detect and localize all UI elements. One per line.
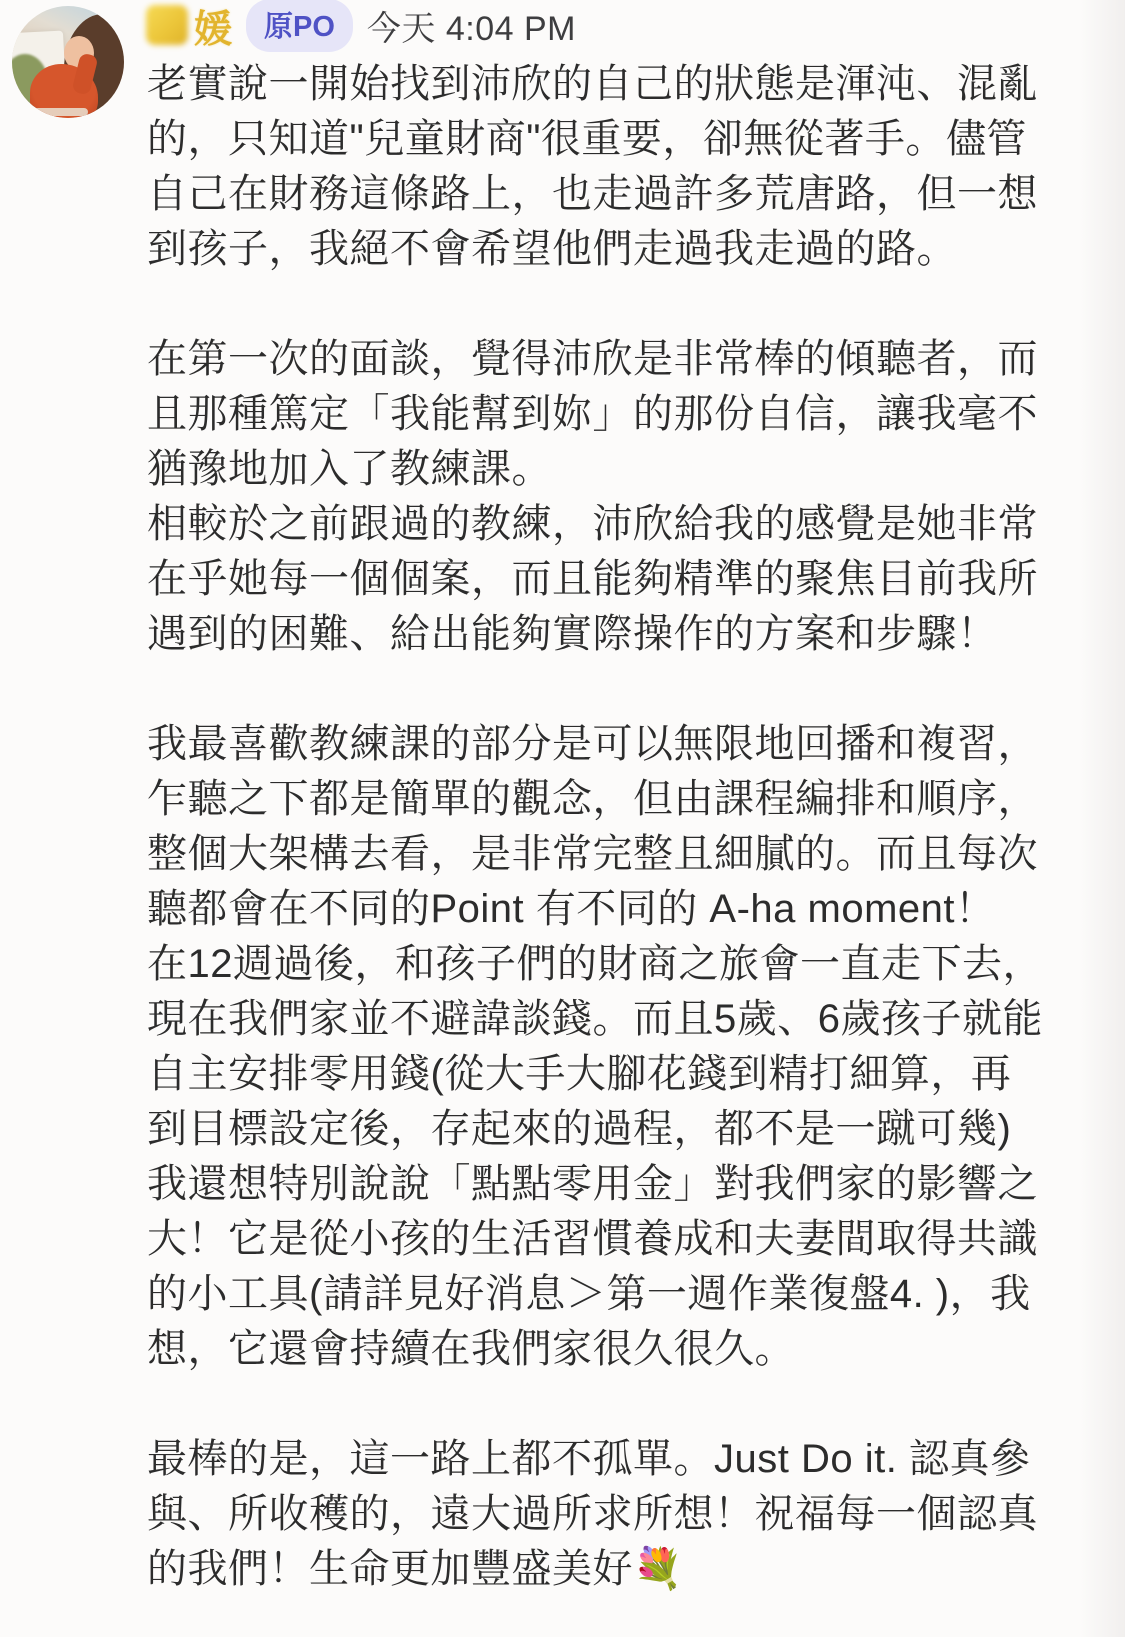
post-text-line: 在12週過後，和孩子們的財商之旅會一直走下去， bbox=[147, 937, 1077, 992]
user-avatar[interactable] bbox=[12, 6, 124, 118]
post-text-line: 想，它還會持續在我們家很久很久。 bbox=[147, 1322, 1077, 1377]
post-text-line bbox=[147, 277, 1077, 332]
post-text-line: 大！它是從小孩的生活習慣養成和夫妻間取得共識 bbox=[147, 1212, 1077, 1267]
original-poster-badge: 原PO bbox=[246, 0, 353, 52]
post-body-text: 老實說一開始找到沛欣的自己的狀態是渾沌、混亂的，只知道"兒童財商"很重要，卻無從… bbox=[147, 57, 1077, 1597]
post-text-line bbox=[147, 662, 1077, 717]
post-text-line: 在第一次的面談，覺得沛欣是非常棒的傾聽者，而 bbox=[147, 332, 1077, 387]
post-text-line: 聽都會在不同的Point 有不同的 A-ha moment！ bbox=[147, 882, 1077, 937]
post-text-line: 且那種篤定「我能幫到妳」的那份自信，讓我毫不 bbox=[147, 387, 1077, 442]
post-text-line bbox=[147, 1377, 1077, 1432]
post-text-line: 整個大架構去看，是非常完整且細膩的。而且每次 bbox=[147, 827, 1077, 882]
username[interactable]: 媛 bbox=[194, 0, 232, 53]
post-text-line: 自己在財務這條路上，也走過許多荒唐路，但一想 bbox=[147, 167, 1077, 222]
censored-emoji-icon bbox=[146, 5, 188, 45]
post-text-line: 最棒的是，這一路上都不孤單。Just Do it. 認真參 bbox=[147, 1432, 1077, 1487]
post-text-line: 自主安排零用錢(從大手大腳花錢到精打細算，再 bbox=[147, 1047, 1077, 1102]
post-text-line: 乍聽之下都是簡單的觀念，但由課程編排和順序， bbox=[147, 772, 1077, 827]
post-timestamp: 今天 4:04 PM bbox=[367, 1, 576, 50]
post-text-line: 在乎她每一個個案，而且能夠精準的聚焦目前我所 bbox=[147, 552, 1077, 607]
post-text-line: 遇到的困難、給出能夠實際操作的方案和步驟！ bbox=[147, 607, 1077, 662]
post-text-line: 的小工具(請詳見好消息＞第一週作業復盤4. )，我 bbox=[147, 1267, 1077, 1322]
post-text-line: 到目標設定後，存起來的過程，都不是一蹴可幾) bbox=[147, 1102, 1077, 1157]
post-text-line: 的我們！生命更加豐盛美好💐 bbox=[147, 1542, 1077, 1597]
post-header: 媛 原PO 今天 4:04 PM bbox=[146, 2, 576, 48]
post-text-line: 的，只知道"兒童財商"很重要，卻無從著手。儘管 bbox=[147, 112, 1077, 167]
avatar-railing bbox=[18, 108, 88, 116]
post-text-line: 相較於之前跟過的教練，沛欣給我的感覺是她非常 bbox=[147, 497, 1077, 552]
post-text-line: 猶豫地加入了教練課。 bbox=[147, 442, 1077, 497]
post-text-line: 到孩子，我絕不會希望他們走過我走過的路。 bbox=[147, 222, 1077, 277]
post-text-line: 我還想特別說說「點點零用金」對我們家的影響之 bbox=[147, 1157, 1077, 1212]
chat-post: 媛 原PO 今天 4:04 PM 老實說一開始找到沛欣的自己的狀態是渾沌、混亂的… bbox=[0, 0, 1125, 1637]
post-text-line: 與、所收穫的，遠大過所求所想！祝福每一個認真 bbox=[147, 1487, 1077, 1542]
post-text-line: 現在我們家並不避諱談錢。而且5歲、6歲孩子就能 bbox=[147, 992, 1077, 1047]
post-text-line: 老實說一開始找到沛欣的自己的狀態是渾沌、混亂 bbox=[147, 57, 1077, 112]
post-text-line: 我最喜歡教練課的部分是可以無限地回播和複習， bbox=[147, 717, 1077, 772]
